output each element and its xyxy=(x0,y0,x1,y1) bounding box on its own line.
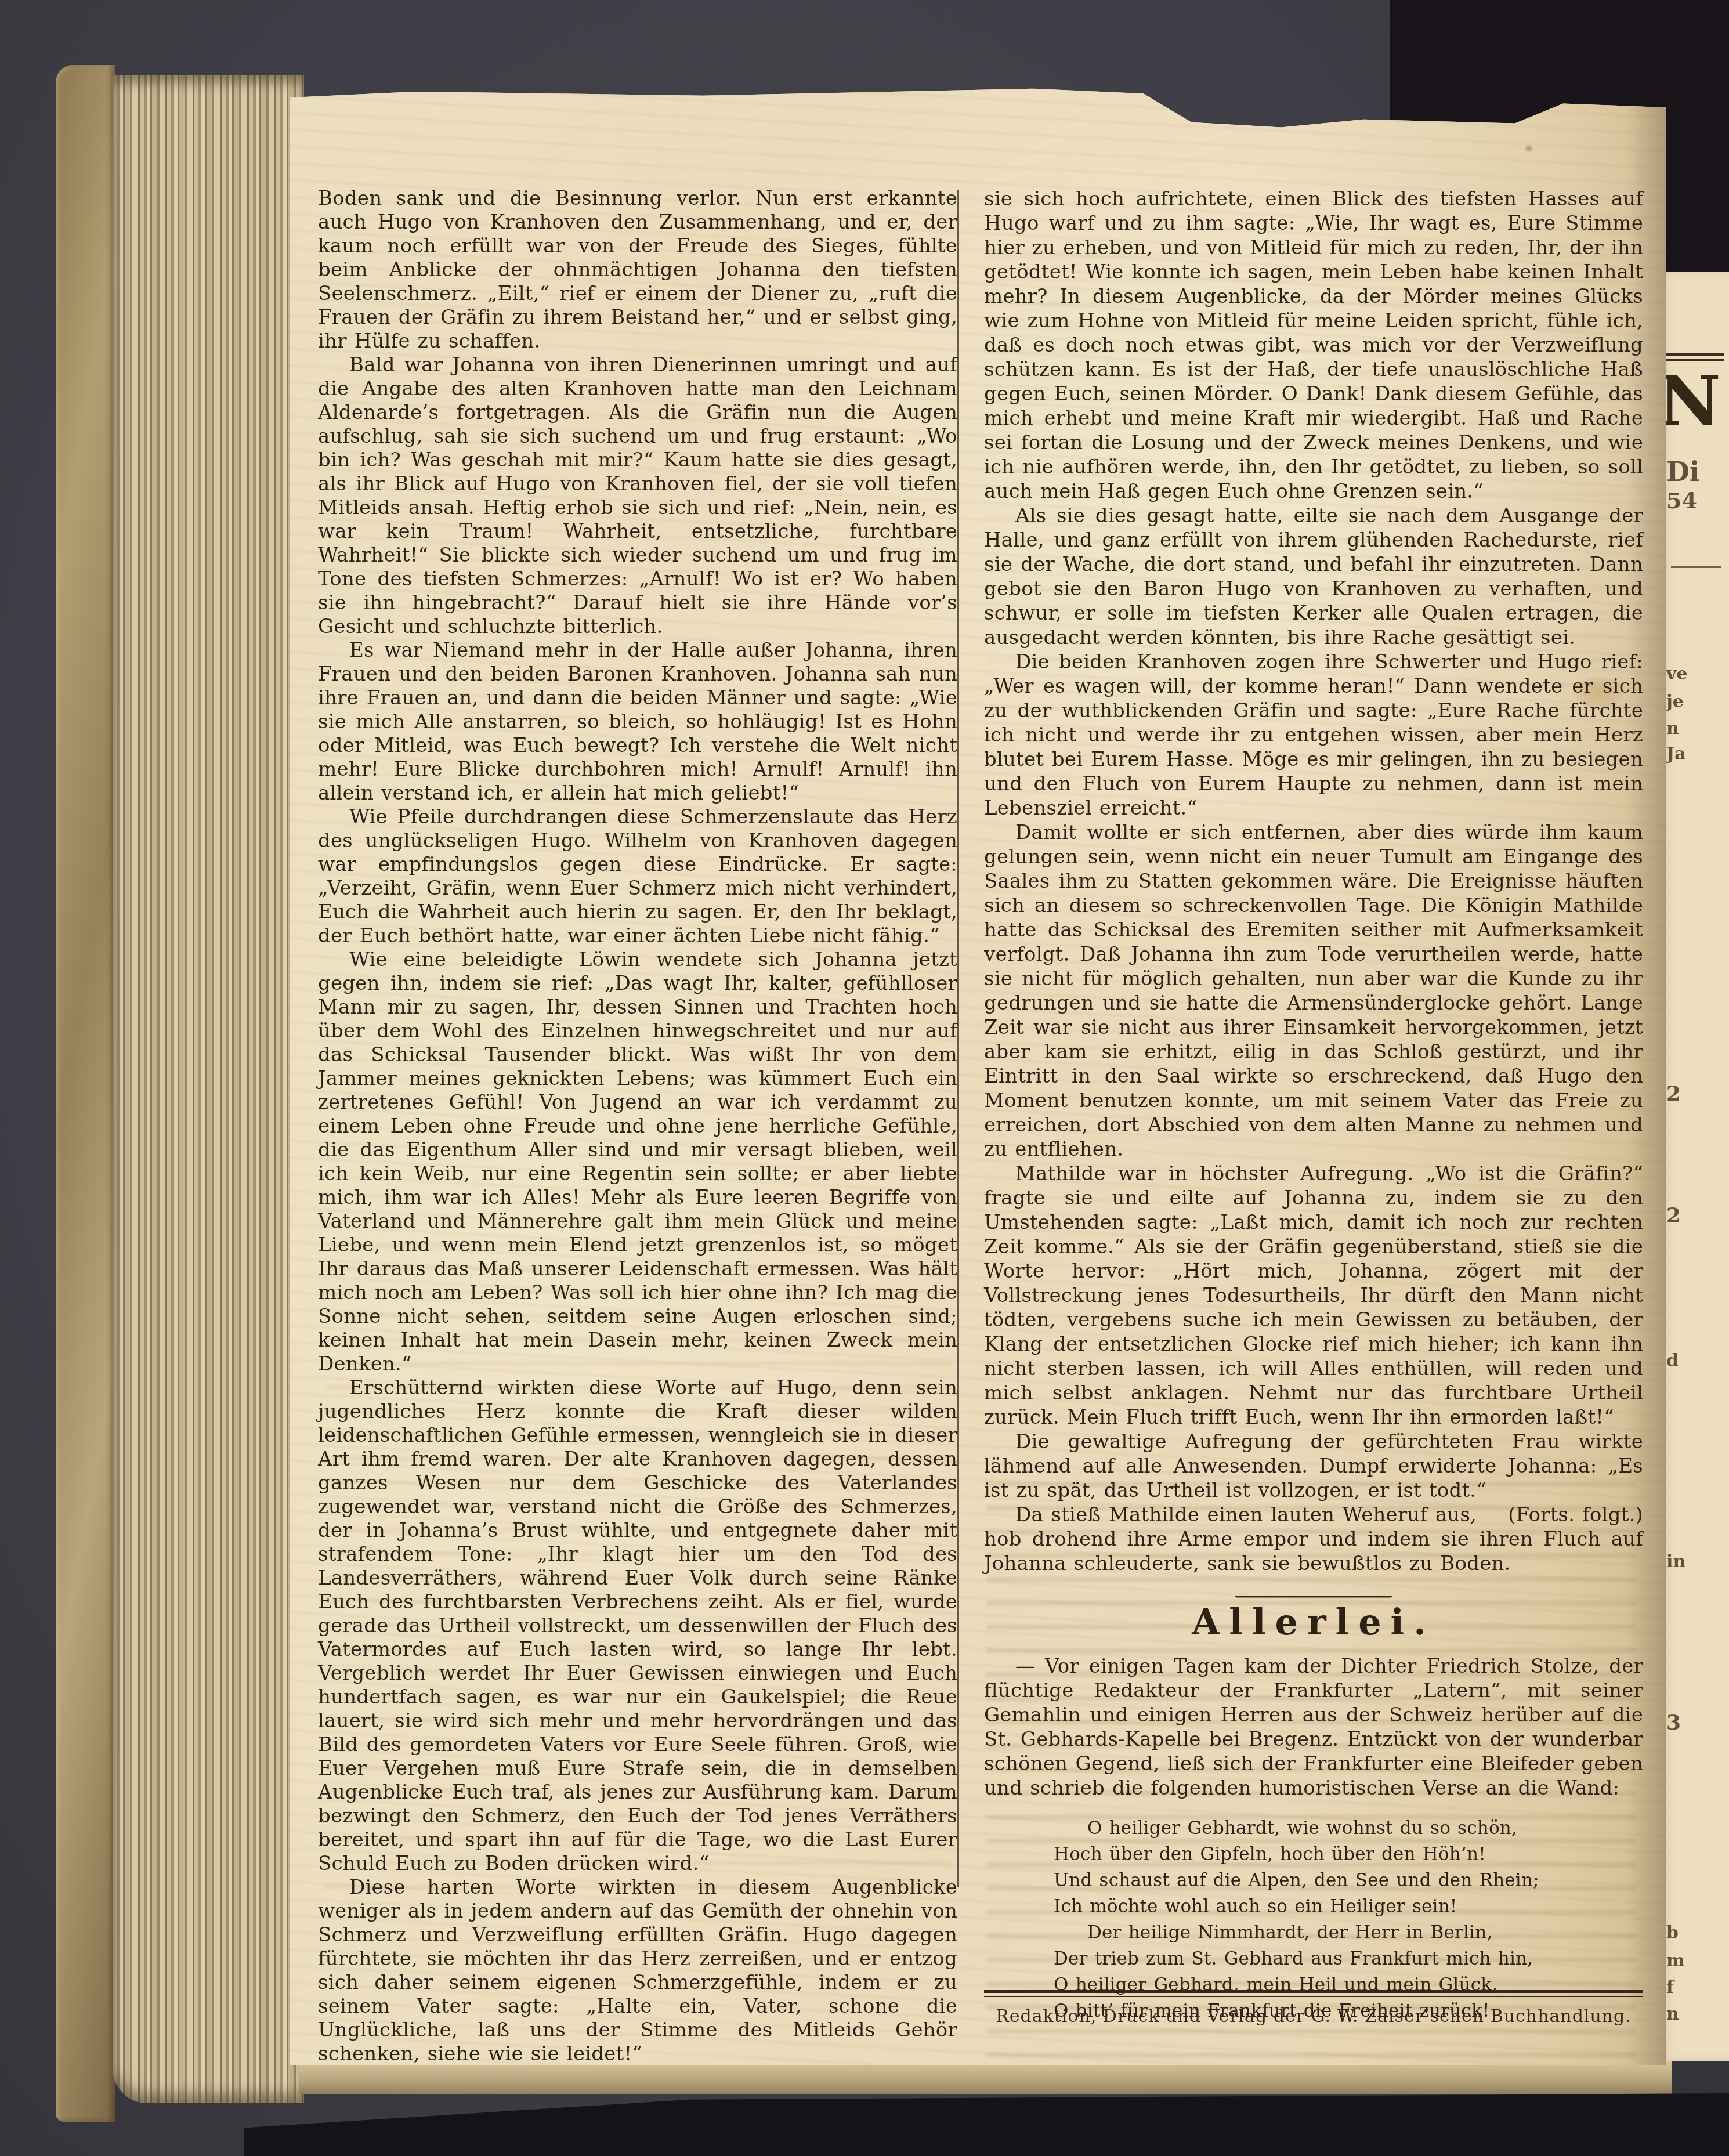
section-heading: Allerlei. xyxy=(984,1610,1643,1634)
novel-paragraph: Die beiden Kranhoven zogen ihre Schwerte… xyxy=(984,650,1643,820)
text-column-right: sie sich hoch aufrichtete, einen Blick d… xyxy=(984,187,1643,2024)
poem-line: O heiliger Gebhardt, wie wohnst du so sc… xyxy=(1054,1815,1643,1842)
next-page-fragment: n xyxy=(1666,2004,1679,2024)
next-page-fragment: d xyxy=(1666,1351,1679,1371)
next-page-fragment: je xyxy=(1666,692,1684,712)
next-page-fragment: b xyxy=(1666,1923,1679,1943)
next-page-fragment: ve xyxy=(1666,664,1688,684)
next-page-fragment: 2 xyxy=(1666,1203,1681,1228)
novel-paragraph: Es war Niemand mehr in der Halle außer J… xyxy=(318,639,957,805)
backdrop-shadow-bottom xyxy=(244,2093,1729,2156)
rust-stain xyxy=(1525,145,1533,152)
next-page-fragment: m xyxy=(1666,1951,1685,1971)
novel-paragraph: Erschütternd wirkten diese Worte auf Hug… xyxy=(318,1376,957,1876)
column-divider-rule xyxy=(957,190,959,1887)
printer-imprint: Redaktion, Druck und Verlag der G. W. Za… xyxy=(984,2006,1643,2027)
book-cover-edge xyxy=(56,65,115,2122)
continuation-note: (Forts. folgt.) xyxy=(1477,1503,1643,1527)
next-page-fragment: 3 xyxy=(1666,1710,1681,1735)
novel-paragraph-last: (Forts. folgt.) Da stieß Mathilde einen … xyxy=(984,1503,1643,1576)
next-page-divider-rule xyxy=(1671,566,1721,568)
next-page-fragment: 54 xyxy=(1666,487,1697,513)
poem-line: Ich möchte wohl auch so ein Heiliger sei… xyxy=(1054,1894,1643,1920)
next-page-fragment: f xyxy=(1666,1977,1674,1998)
novel-paragraph: sie sich hoch aufrichtete, einen Blick d… xyxy=(984,187,1643,504)
book-fore-edge-pages xyxy=(113,75,304,2103)
novel-paragraph: Boden sank und die Besinnung verlor. Nun… xyxy=(318,187,957,353)
next-page-fragment: Di xyxy=(1666,456,1699,487)
next-page-fragment: 2 xyxy=(1666,1081,1681,1106)
novel-paragraph: Diese harten Worte wirkten in diesem Aug… xyxy=(318,1876,957,2066)
newspaper-page: Boden sank und die Besinnung verlor. Nun… xyxy=(290,85,1666,2065)
poem-line: Der heilige Nimmhardt, der Herr in Berli… xyxy=(1054,1920,1643,1946)
section-divider xyxy=(1235,1596,1392,1597)
novel-paragraph: Damit wollte er sich entfernen, aber die… xyxy=(984,820,1643,1162)
novel-paragraph: Wie Pfeile durchdrangen diese Schmerzens… xyxy=(318,805,957,948)
next-page-masthead-initial: N xyxy=(1658,369,1721,433)
poem-line: Der trieb zum St. Gebhard aus Frankfurt … xyxy=(1054,1946,1643,1972)
novel-paragraph: Bald war Johanna von ihren Dienerinnen u… xyxy=(318,353,957,639)
next-page-fragment: n xyxy=(1666,718,1679,739)
next-page-fragment: in xyxy=(1666,1551,1685,1572)
photo-background: N Di 54 ve je n Ja 2 2 d in 3 b m f n Bo… xyxy=(0,0,1729,2156)
text-column-left: Boden sank und die Besinnung verlor. Nun… xyxy=(318,187,957,2090)
page-footer: Redaktion, Druck und Verlag der G. W. Za… xyxy=(984,1990,1643,2027)
novel-paragraph: Mathilde war in höchster Aufregung. „Wo … xyxy=(984,1162,1643,1430)
poem-line: Hoch über den Gipfeln, hoch über den Höh… xyxy=(1054,1842,1643,1868)
next-page-fragment: Ja xyxy=(1666,744,1686,764)
poem-line: Und schaust auf die Alpen, den See und d… xyxy=(1054,1868,1643,1894)
next-page-masthead-rule xyxy=(1664,353,1724,361)
novel-paragraph: Wie eine beleidigte Löwin wendete sich J… xyxy=(318,948,957,1376)
novel-paragraph: Als sie dies gesagt hatte, eilte sie nac… xyxy=(984,504,1643,650)
footer-rule xyxy=(984,1990,1643,1997)
misc-intro-paragraph: — Vor einigen Tagen kam der Dichter Frie… xyxy=(984,1654,1643,1800)
novel-paragraph: Die gewaltige Aufregung der gefürchteten… xyxy=(984,1430,1643,1503)
